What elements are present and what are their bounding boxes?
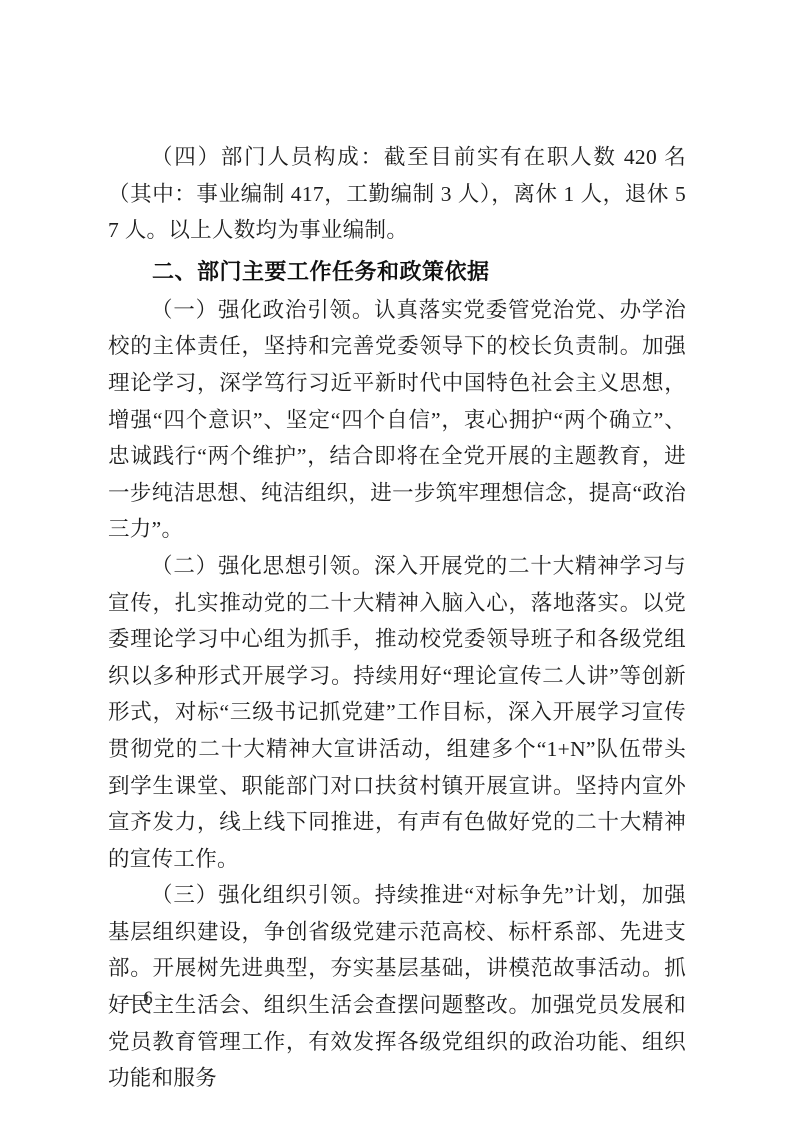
- paragraph-political-leadership: （一）强化政治引领。认真落实党委管党治党、办学治校的主体责任，坚持和完善党委领导…: [108, 292, 686, 548]
- document-body: （四）部门人员构成：截至目前实有在职人数 420 名（其中：事业编制 417，工…: [108, 139, 686, 1097]
- paragraph-ideological-leadership: （二）强化思想引领。深入开展党的二十大精神学习与宣传，扎实推动党的二十大精神入脑…: [108, 548, 686, 877]
- paragraph-organizational-leadership: （三）强化组织引领。持续推进“对标争先”计划，加强基层组织建设，争创省级党建示范…: [108, 877, 686, 1097]
- section-heading-main-tasks: 二、部门主要工作任务和政策依据: [108, 253, 686, 290]
- paragraph-personnel-composition: （四）部门人员构成：截至目前实有在职人数 420 名（其中：事业编制 417，工…: [108, 139, 686, 249]
- page-number: – 6 –: [123, 988, 176, 1010]
- document-page: （四）部门人员构成：截至目前实有在职人数 420 名（其中：事业编制 417，工…: [0, 0, 793, 1122]
